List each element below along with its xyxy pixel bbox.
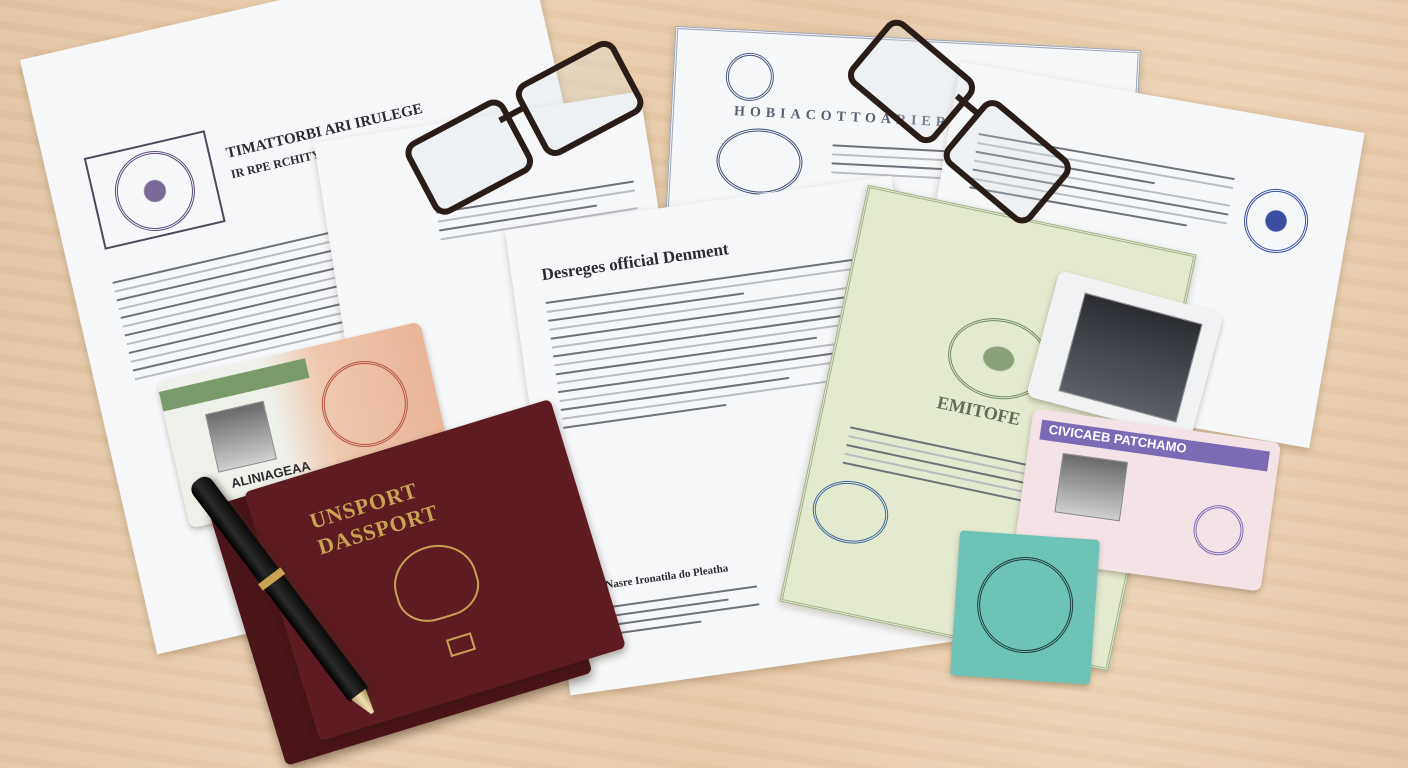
pen-ring (258, 567, 285, 590)
seal-icon (974, 554, 1076, 656)
id-photo (1054, 453, 1128, 522)
seal-icon (107, 143, 203, 239)
lens (842, 14, 981, 149)
lens (938, 94, 1077, 229)
id-photo (205, 401, 277, 473)
seal-icon (1190, 502, 1246, 558)
left-form-seal (84, 130, 226, 249)
seal-icon (313, 352, 416, 455)
seal-icon (807, 474, 894, 550)
lens (511, 36, 648, 161)
chip-icon (446, 632, 476, 657)
eagle-emblem-icon (385, 535, 487, 630)
seal-icon (1239, 184, 1313, 258)
id-photo (1058, 292, 1202, 422)
right-id-title: CIVICAEB PATCHAMO (1040, 421, 1188, 456)
teal-stamp-card (950, 530, 1100, 684)
seal-icon (715, 126, 804, 196)
seal-icon (725, 52, 775, 102)
